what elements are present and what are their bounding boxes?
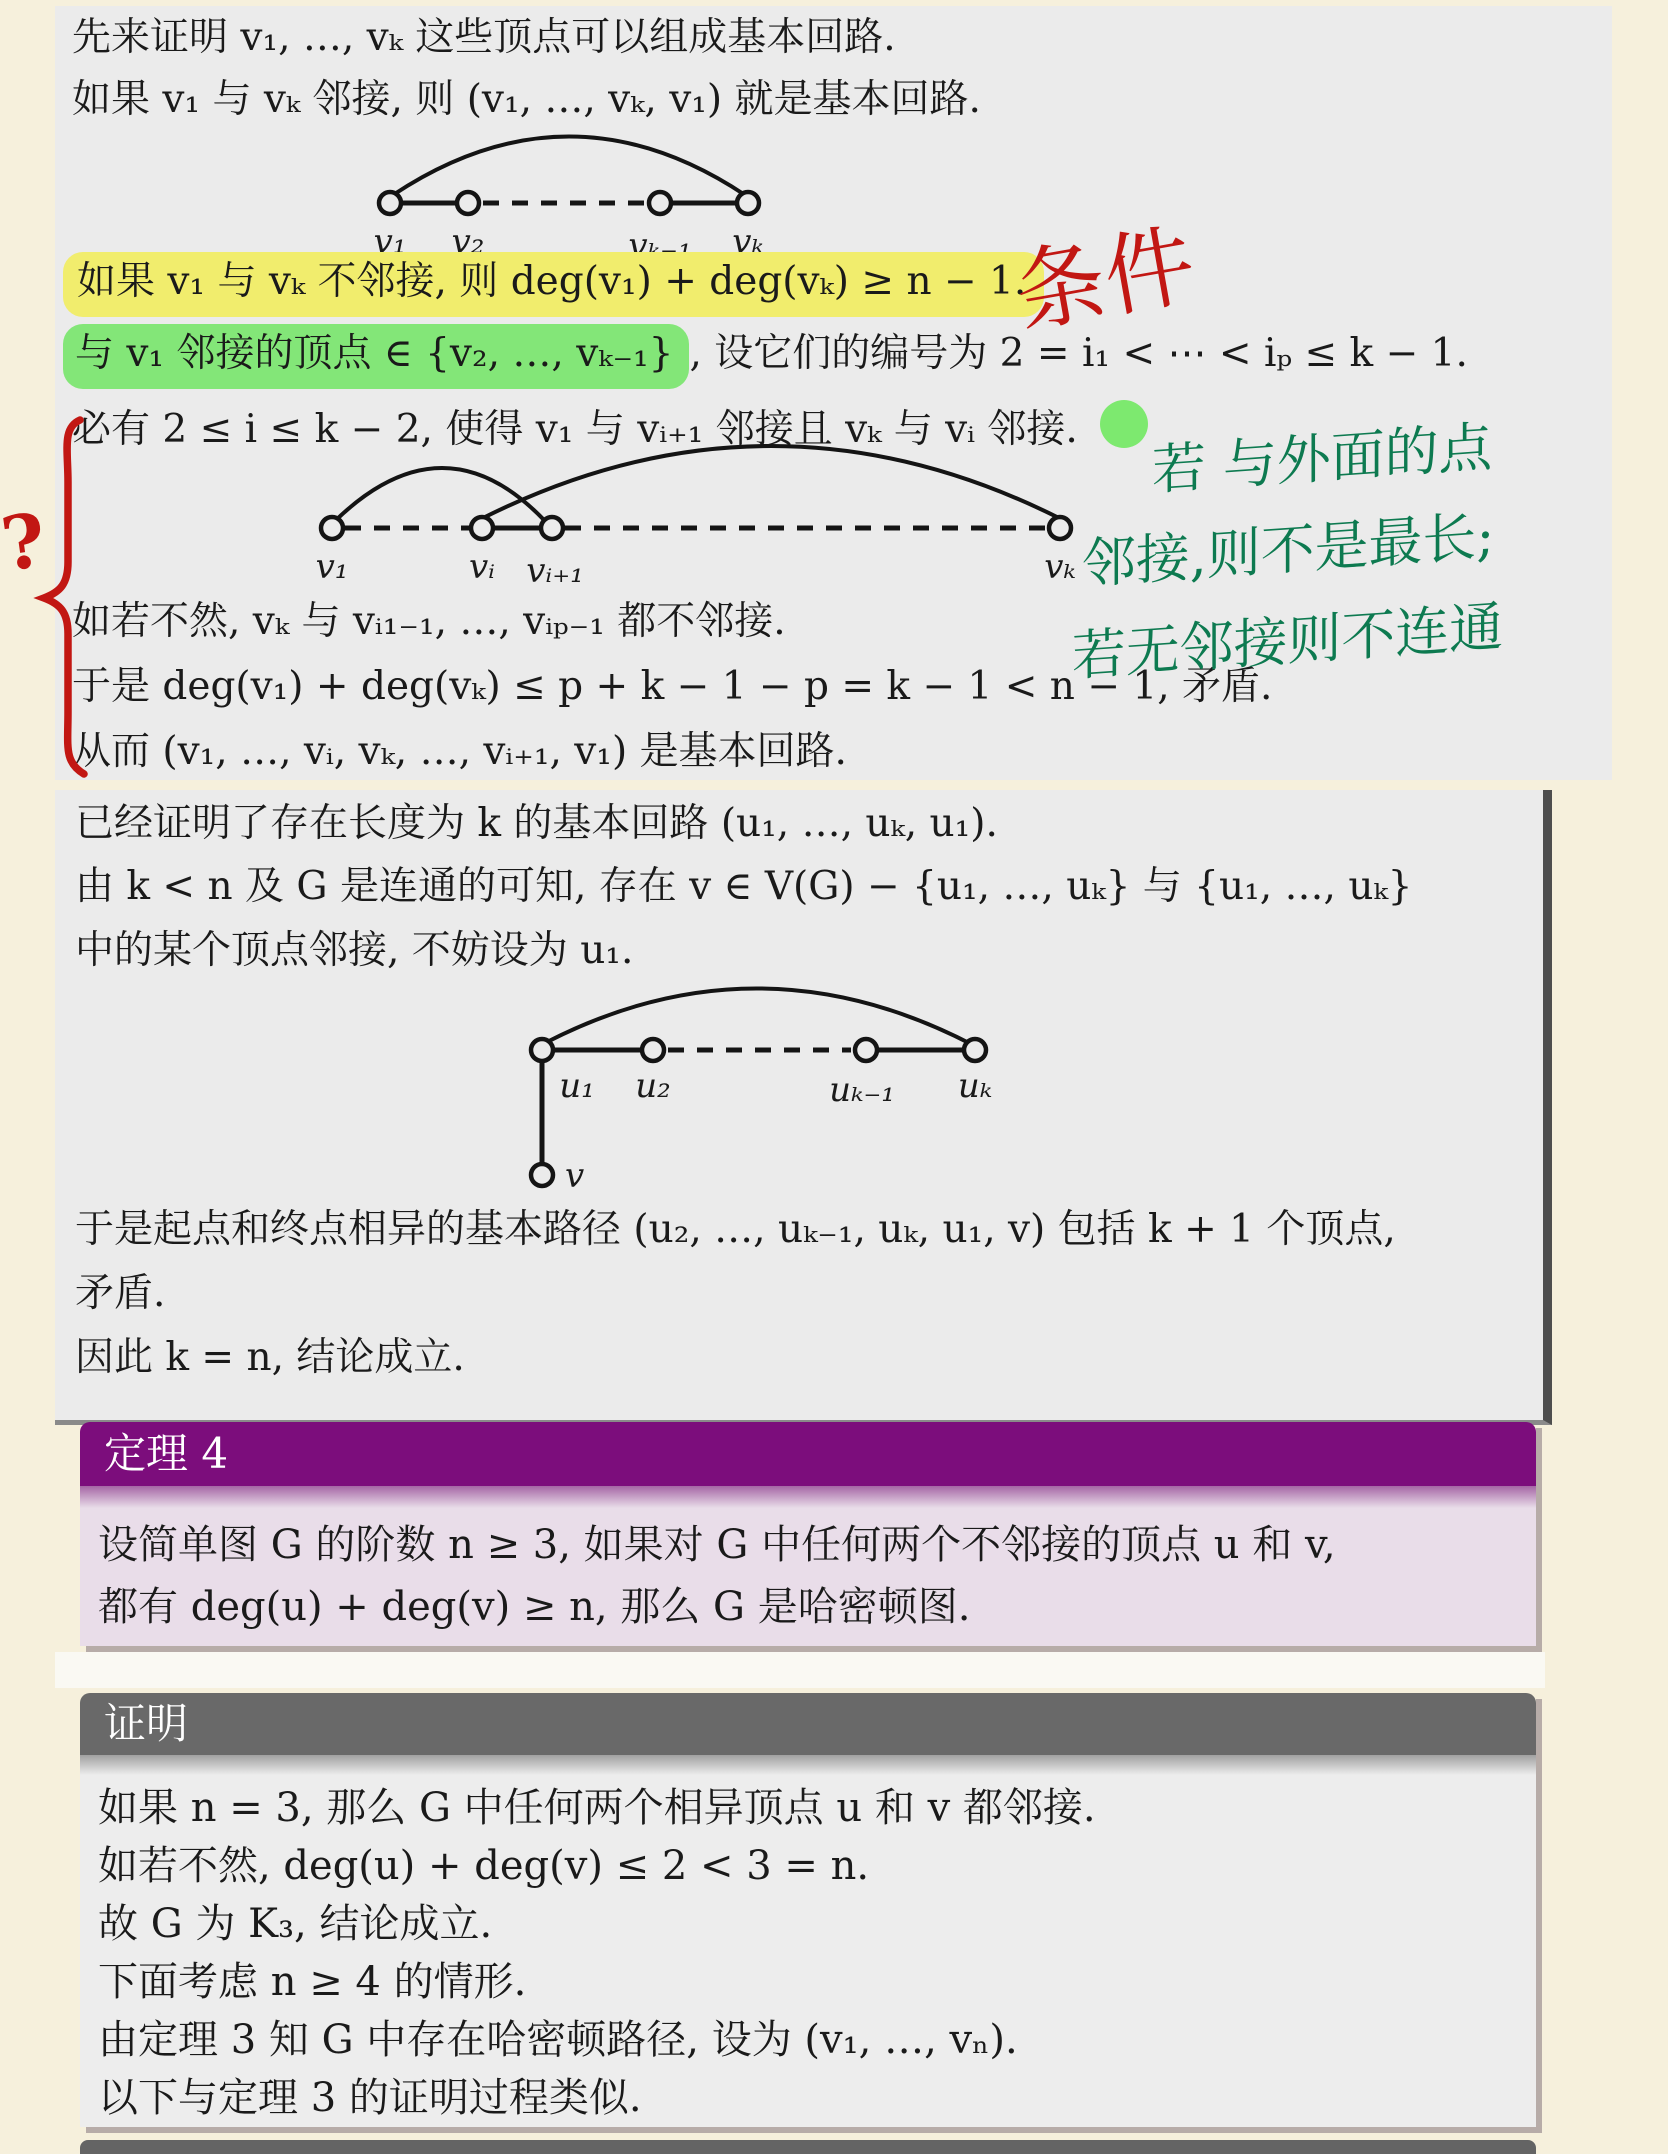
proof-line-3: 故 G 为 K₃, 结论成立. — [98, 1895, 1514, 1953]
proof-line-2: 如若不然, deg(u) + deg(v) ≤ 2 < 3 = n. — [98, 1837, 1514, 1895]
proof-line-5: 由定理 3 知 G 中存在哈密顿路径, 设为 (v₁, …, vₙ). — [98, 2011, 1514, 2069]
proof-body: 如果 n = 3, 那么 G 中任何两个相异顶点 u 和 v 都邻接. 如若不然… — [80, 1775, 1536, 2127]
node-label-u1: u₁ — [559, 1066, 595, 1106]
proof-line-6: 以下与定理 3 的证明过程类似. — [98, 2069, 1514, 2127]
proof-header-fade — [80, 1755, 1536, 1775]
text-line-3-highlighted: 如果 v₁ 与 vₖ 不邻接, 则 deg(v₁) + deg(vₖ) ≥ n … — [63, 252, 1044, 317]
mid-line-6: 因此 k = n, 结论成立. — [75, 1334, 465, 1383]
theorem-body: 设简单图 G 的阶数 n ≥ 3, 如果对 G 中任何两个不邻接的顶点 u 和 … — [80, 1508, 1536, 1646]
text-line-1: 先来证明 v₁, …, vₖ 这些顶点可以组成基本回路. — [72, 14, 896, 63]
proof-title-bar: 证明 — [80, 1693, 1536, 1755]
proof-line-1: 如果 n = 3, 那么 G 中任何两个相异顶点 u 和 v 都邻接. — [98, 1779, 1514, 1837]
diagram3-nodes — [531, 1039, 986, 1186]
mid-line-1: 已经证明了存在长度为 k 的基本回路 (u₁, …, uₖ, u₁). — [75, 800, 998, 849]
mid-line-2: 由 k < n 及 G 是连通的可知, 存在 v ∈ V(G) − {u₁, …… — [75, 863, 1412, 912]
theorem-line-2: 都有 deg(u) + deg(v) ≥ n, 那么 G 是哈密顿图. — [98, 1576, 1514, 1638]
mid-line-5: 矛盾. — [75, 1270, 165, 1319]
node-label-vi: vᵢ — [469, 547, 495, 587]
next-block-header-edge — [80, 2140, 1536, 2154]
node-label-uk1: uₖ₋₁ — [829, 1070, 895, 1110]
text-line-4: 与 v₁ 邻接的顶点 ∈ {v₂, …, vₖ₋₁}, 设它们的编号为 2 = … — [63, 324, 1468, 389]
arc-v1-vi1 — [335, 468, 545, 521]
theorem-header-fade — [80, 1486, 1536, 1508]
mid-line-3: 中的某个顶点邻接, 不妨设为 u₁. — [75, 927, 633, 976]
gap-strip — [55, 1652, 1545, 1688]
text-line-6: 如若不然, vₖ 与 vᵢ₁₋₁, …, vᵢₚ₋₁ 都不邻接. — [72, 598, 786, 647]
mid-line-4: 于是起点和终点相异的基本路径 (u₂, …, uₖ₋₁, uₖ, u₁, v) … — [75, 1206, 1396, 1255]
node-label-uk: uₖ — [958, 1066, 992, 1106]
arc-v1-vk — [393, 137, 745, 196]
red-curly-brace-annotation — [26, 412, 90, 782]
proof-line-4: 下面考虑 n ≥ 4 的情形. — [98, 1953, 1514, 2011]
node-label-vk: vₖ — [1044, 547, 1076, 587]
brace-path — [44, 420, 84, 774]
arc-vi-vk — [485, 446, 1057, 517]
proof-box: 证明 如果 n = 3, 那么 G 中任何两个相异顶点 u 和 v 都邻接. 如… — [80, 1693, 1536, 2127]
arc-u1-uk — [547, 988, 971, 1044]
node-label-vi1: vᵢ₊₁ — [526, 551, 584, 591]
node-label-u2: u₂ — [635, 1066, 671, 1106]
theorem-line-1: 设简单图 G 的阶数 n ≥ 3, 如果对 G 中任何两个不邻接的顶点 u 和 … — [98, 1514, 1514, 1576]
node-label-v1: v₁ — [316, 547, 349, 587]
node-label-v: v — [565, 1156, 584, 1196]
theorem-4-box: 定理 4 设简单图 G 的阶数 n ≥ 3, 如果对 G 中任何两个不邻接的顶点… — [80, 1422, 1536, 1646]
cycle-extension-diagram-u: u₁ u₂ uₖ₋₁ uₖ v — [475, 980, 1075, 1215]
yellow-highlight: 如果 v₁ 与 vₖ 不邻接, 则 deg(v₁) + deg(vₖ) ≥ n … — [63, 252, 1044, 317]
path-cycle-diagram-v: v₁ v₂ vₖ₋₁ vₖ — [325, 108, 845, 268]
text-line-8: 从而 (v₁, …, vᵢ, vₖ, …, vᵢ₊₁, v₁) 是基本回路. — [72, 728, 847, 777]
green-highlight: 与 v₁ 邻接的顶点 ∈ {v₂, …, vₖ₋₁} — [63, 324, 689, 389]
page: { "colors": { "page_bg": "#f6f0dc", "sli… — [0, 0, 1668, 2154]
green-dot-marker — [1100, 400, 1148, 448]
theorem-title-bar: 定理 4 — [80, 1422, 1536, 1486]
middle-slide-block: 已经证明了存在长度为 k 的基本回路 (u₁, …, uₖ, u₁). 由 k … — [55, 790, 1552, 1425]
